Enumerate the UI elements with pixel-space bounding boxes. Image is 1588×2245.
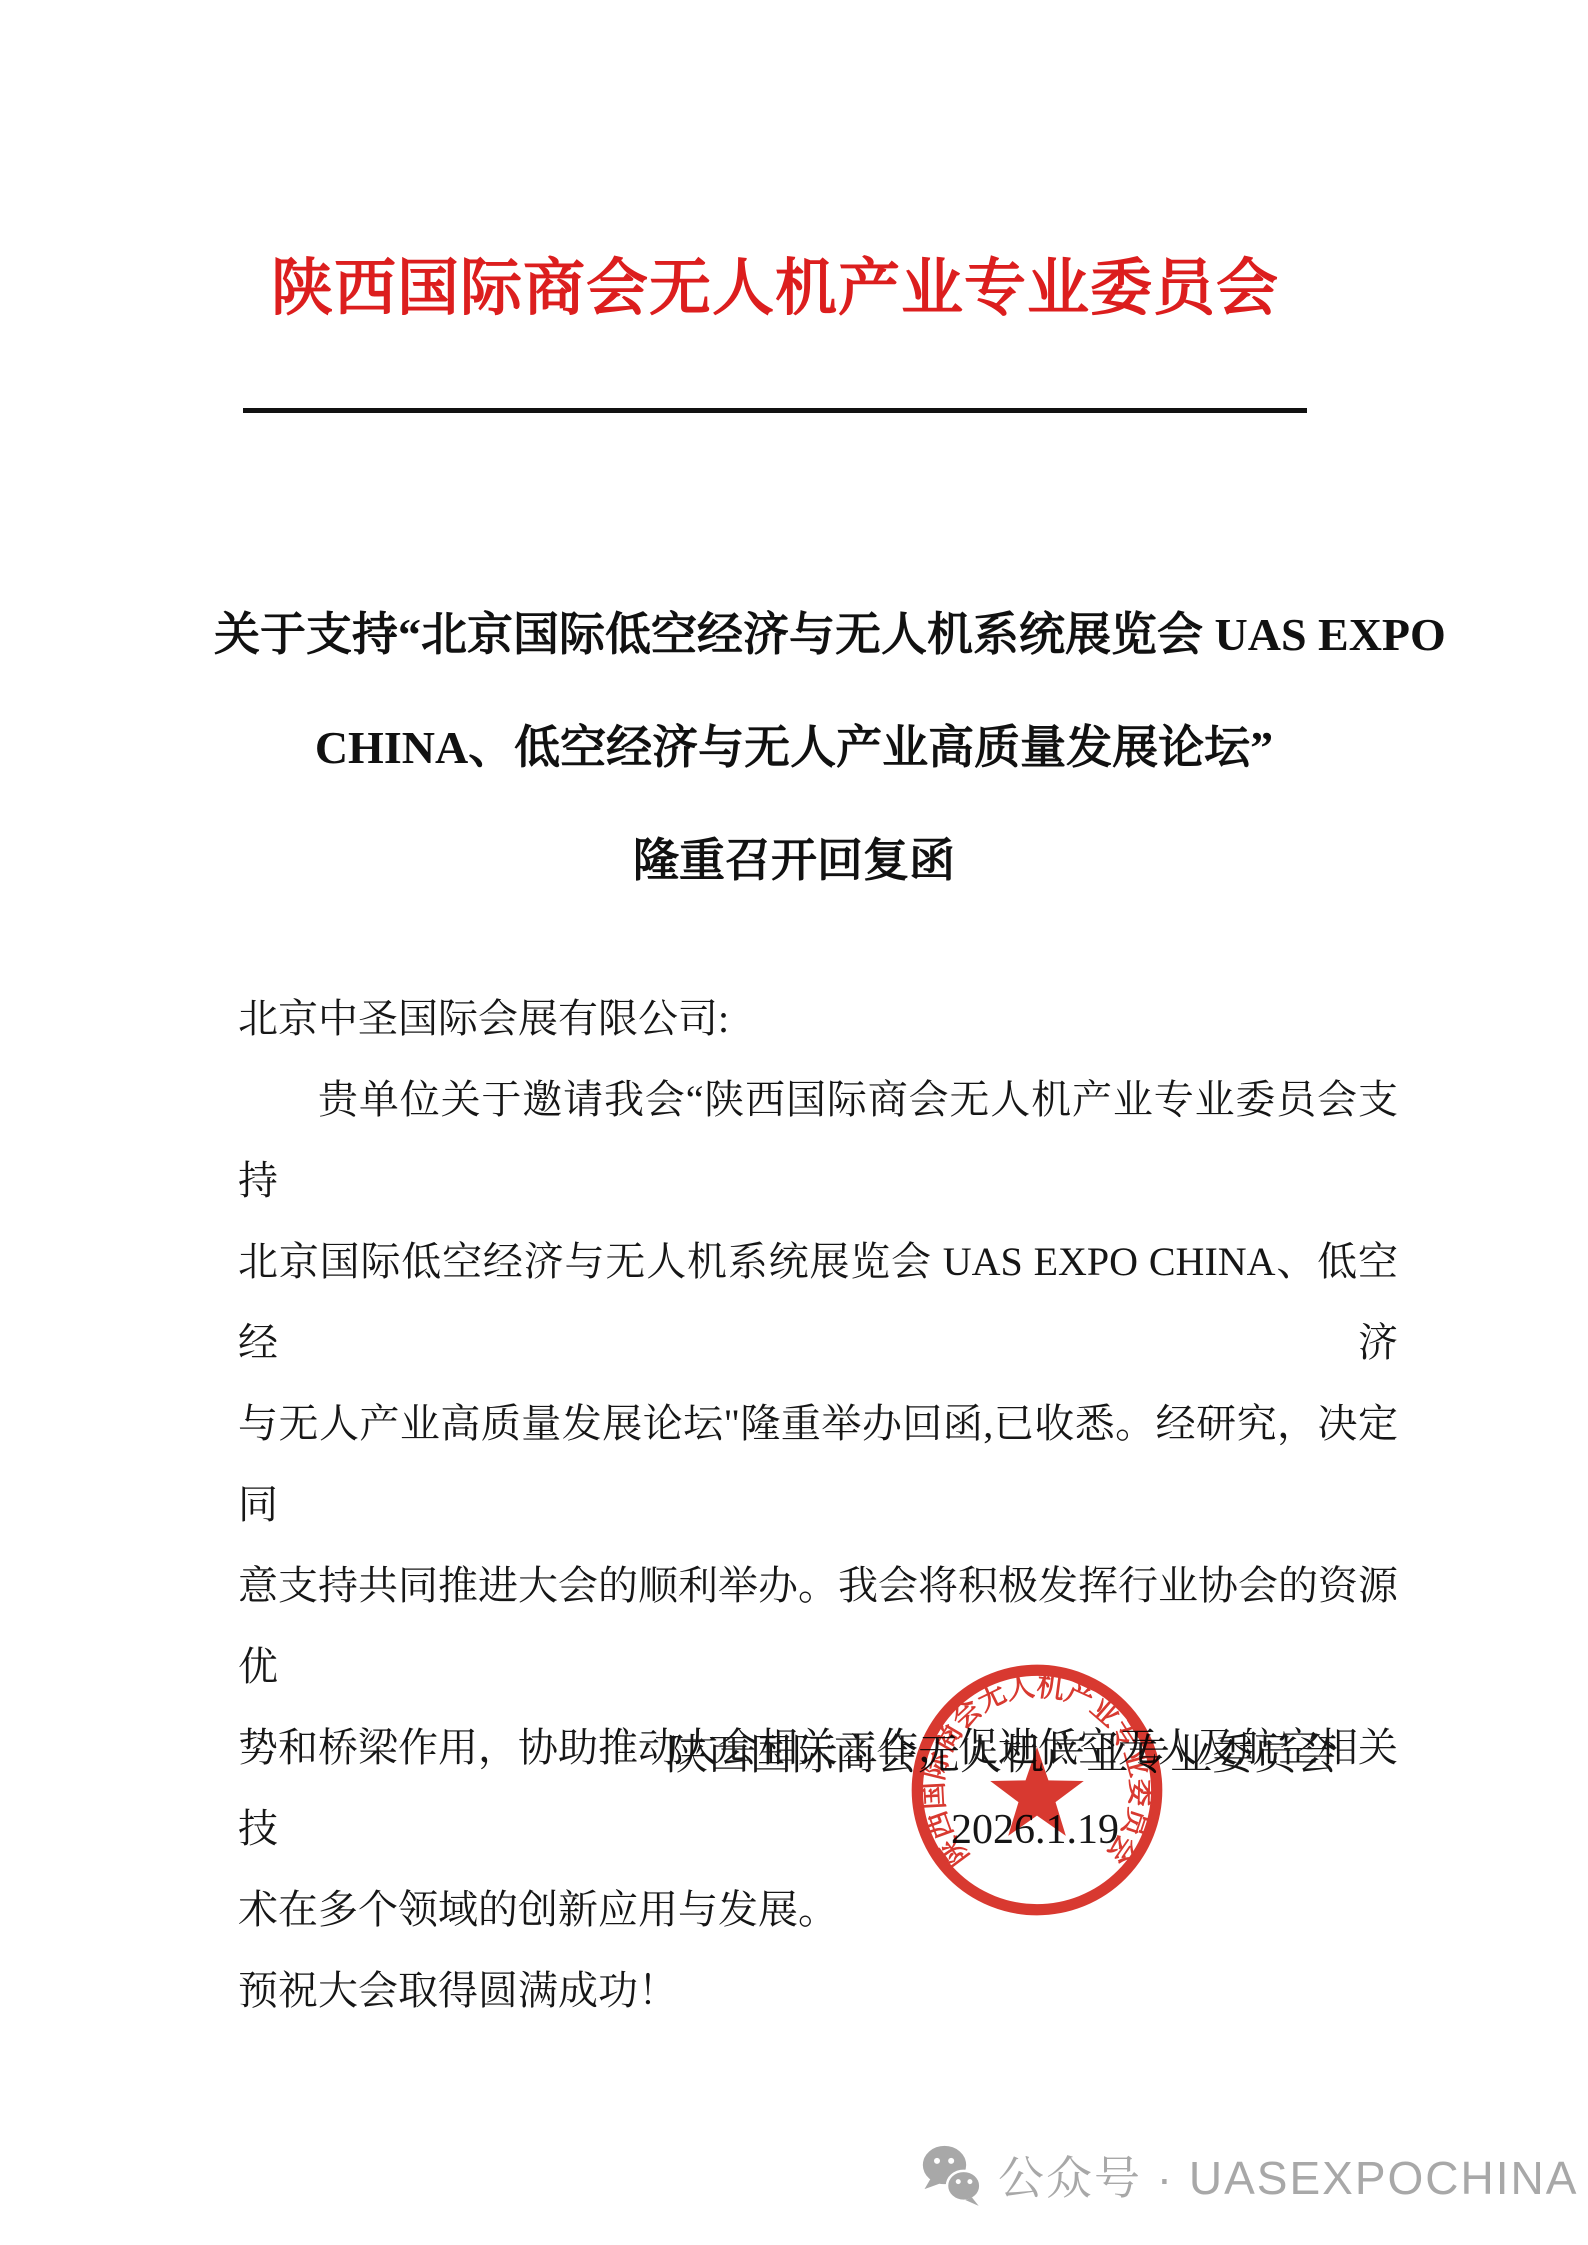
body-line: 北京国际低空经济与无人机系统展览会 UAS EXPO CHINA、低空经济 <box>238 1221 1398 1383</box>
official-stamp: 陕西国际商会无人机产业专业委员会 <box>904 1657 1170 1923</box>
red-star-icon <box>990 1747 1084 1836</box>
body-line: 贵单位关于邀请我会“陕西国际商会无人机产业专业委员会支持 <box>238 1059 1398 1221</box>
body-line: 预祝大会取得圆满成功！ <box>238 1950 1398 2031</box>
signature-org-name: 陕西国际商会无人机产业专业委员会 <box>238 1722 1338 1782</box>
subject-line-3: 隆重召开回复函 <box>214 804 1374 917</box>
letterhead-divider-rule <box>243 408 1307 413</box>
subject-heading: 关于支持“北京国际低空经济与无人机系统展览会 UAS EXPO CHINA、低空… <box>214 578 1374 917</box>
body-line: 术在多个领域的创新应用与发展。 <box>238 1869 1398 1950</box>
letter-page: 陕西国际商会无人机产业专业委员会 关于支持“北京国际低空经济与无人机系统展览会 … <box>0 0 1588 2245</box>
salutation: 北京中圣国际会展有限公司: <box>238 978 1398 1059</box>
body-line: 与无人产业高质量发展论坛"隆重举办回函,已收悉。经研究，决定同 <box>238 1383 1398 1545</box>
body-line: 意支持共同推进大会的顺利举办。我会将积极发挥行业协会的资源优 <box>238 1545 1398 1707</box>
subject-line-2: CHINA、低空经济与无人产业高质量发展论坛” <box>214 691 1374 804</box>
footer: 公众号 · UASEXPOCHINA <box>922 2138 1578 2212</box>
letterhead-org-title: 陕西国际商会无人机产业专业委员会 <box>243 238 1307 327</box>
subject-line-1: 关于支持“北京国际低空经济与无人机系统展览会 UAS EXPO <box>214 578 1374 691</box>
footer-account-label: 公众号 · UASEXPOCHINA <box>998 2142 1578 2208</box>
wechat-icon <box>922 2142 982 2208</box>
letter-body: 北京中圣国际会展有限公司: 贵单位关于邀请我会“陕西国际商会无人机产业专业委员会… <box>238 978 1398 2031</box>
